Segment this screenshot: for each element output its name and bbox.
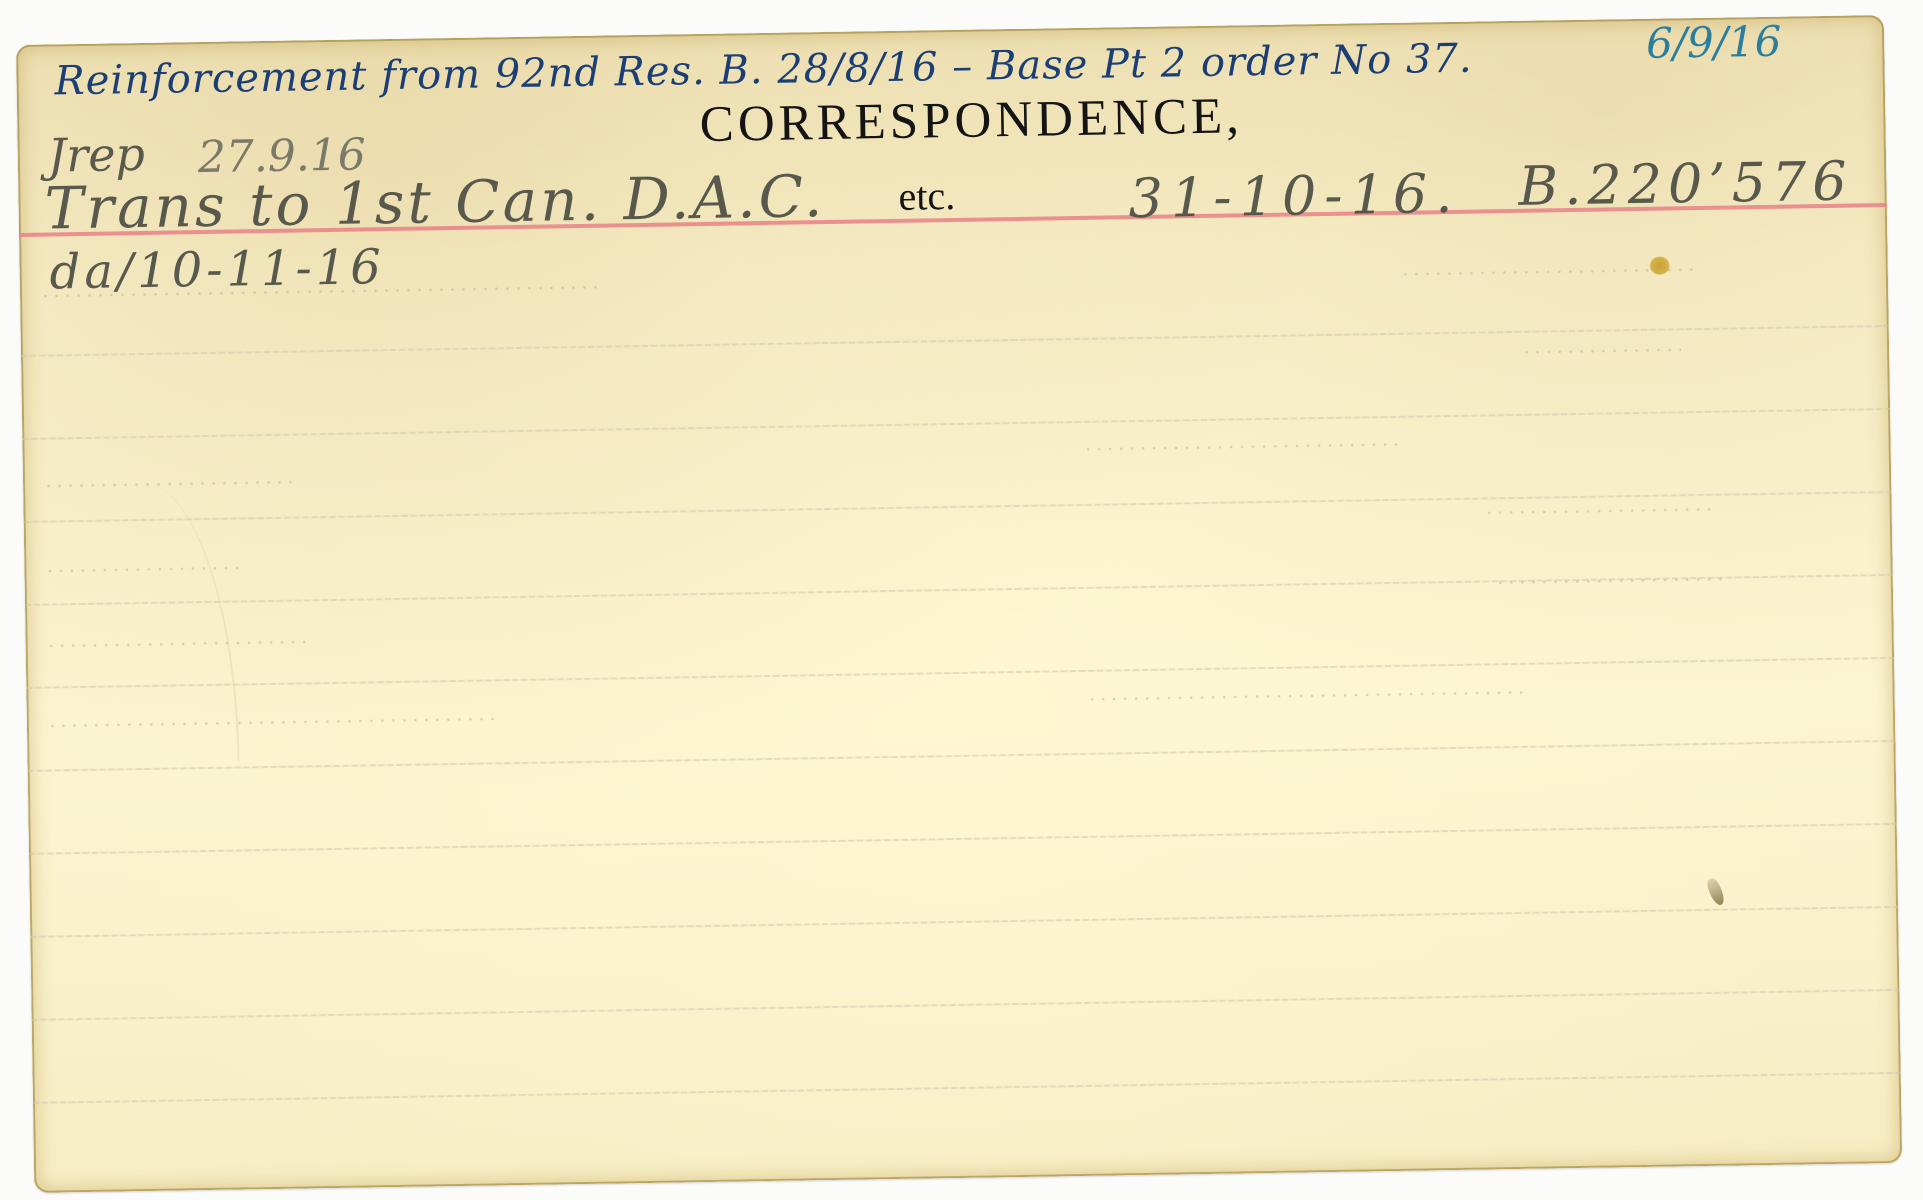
ink-stain	[1650, 256, 1670, 274]
handwritten-transfer-note: Trans to 1st Can. D.A.C.	[44, 162, 826, 243]
ruled-line	[29, 823, 1897, 855]
bleed-through-dots	[1521, 348, 1681, 354]
ruled-line	[24, 491, 1892, 523]
bleed-through-dots	[1087, 691, 1527, 701]
bleed-through-dots	[1083, 443, 1403, 451]
handwritten-note-date: 6/9/16	[1646, 17, 1782, 68]
bleed-through-dots	[1495, 578, 1725, 585]
ruled-line	[22, 408, 1890, 440]
printed-subheading: etc.	[898, 172, 955, 220]
correspondence-card: CORRESPONDENCE, etc. Reinforcement from …	[16, 15, 1902, 1193]
ruled-line	[32, 989, 1900, 1021]
paper-crease	[143, 482, 239, 763]
ruled-line	[28, 740, 1896, 772]
ruled-line	[30, 906, 1898, 938]
handwritten-transfer-reference: B.220’576	[1518, 150, 1853, 218]
bleed-through-dots	[1484, 508, 1714, 515]
bleed-through-dots	[43, 481, 293, 488]
ruled-line	[26, 657, 1894, 689]
paper-smudge	[1705, 877, 1727, 907]
handwritten-da-date: da/10-11-16	[49, 239, 385, 300]
scan-background: CORRESPONDENCE, etc. Reinforcement from …	[0, 0, 1923, 1200]
bleed-through-dots	[47, 717, 497, 727]
ruled-line	[33, 1072, 1901, 1104]
handwritten-transfer-date: 31-10-16.	[1128, 162, 1461, 230]
